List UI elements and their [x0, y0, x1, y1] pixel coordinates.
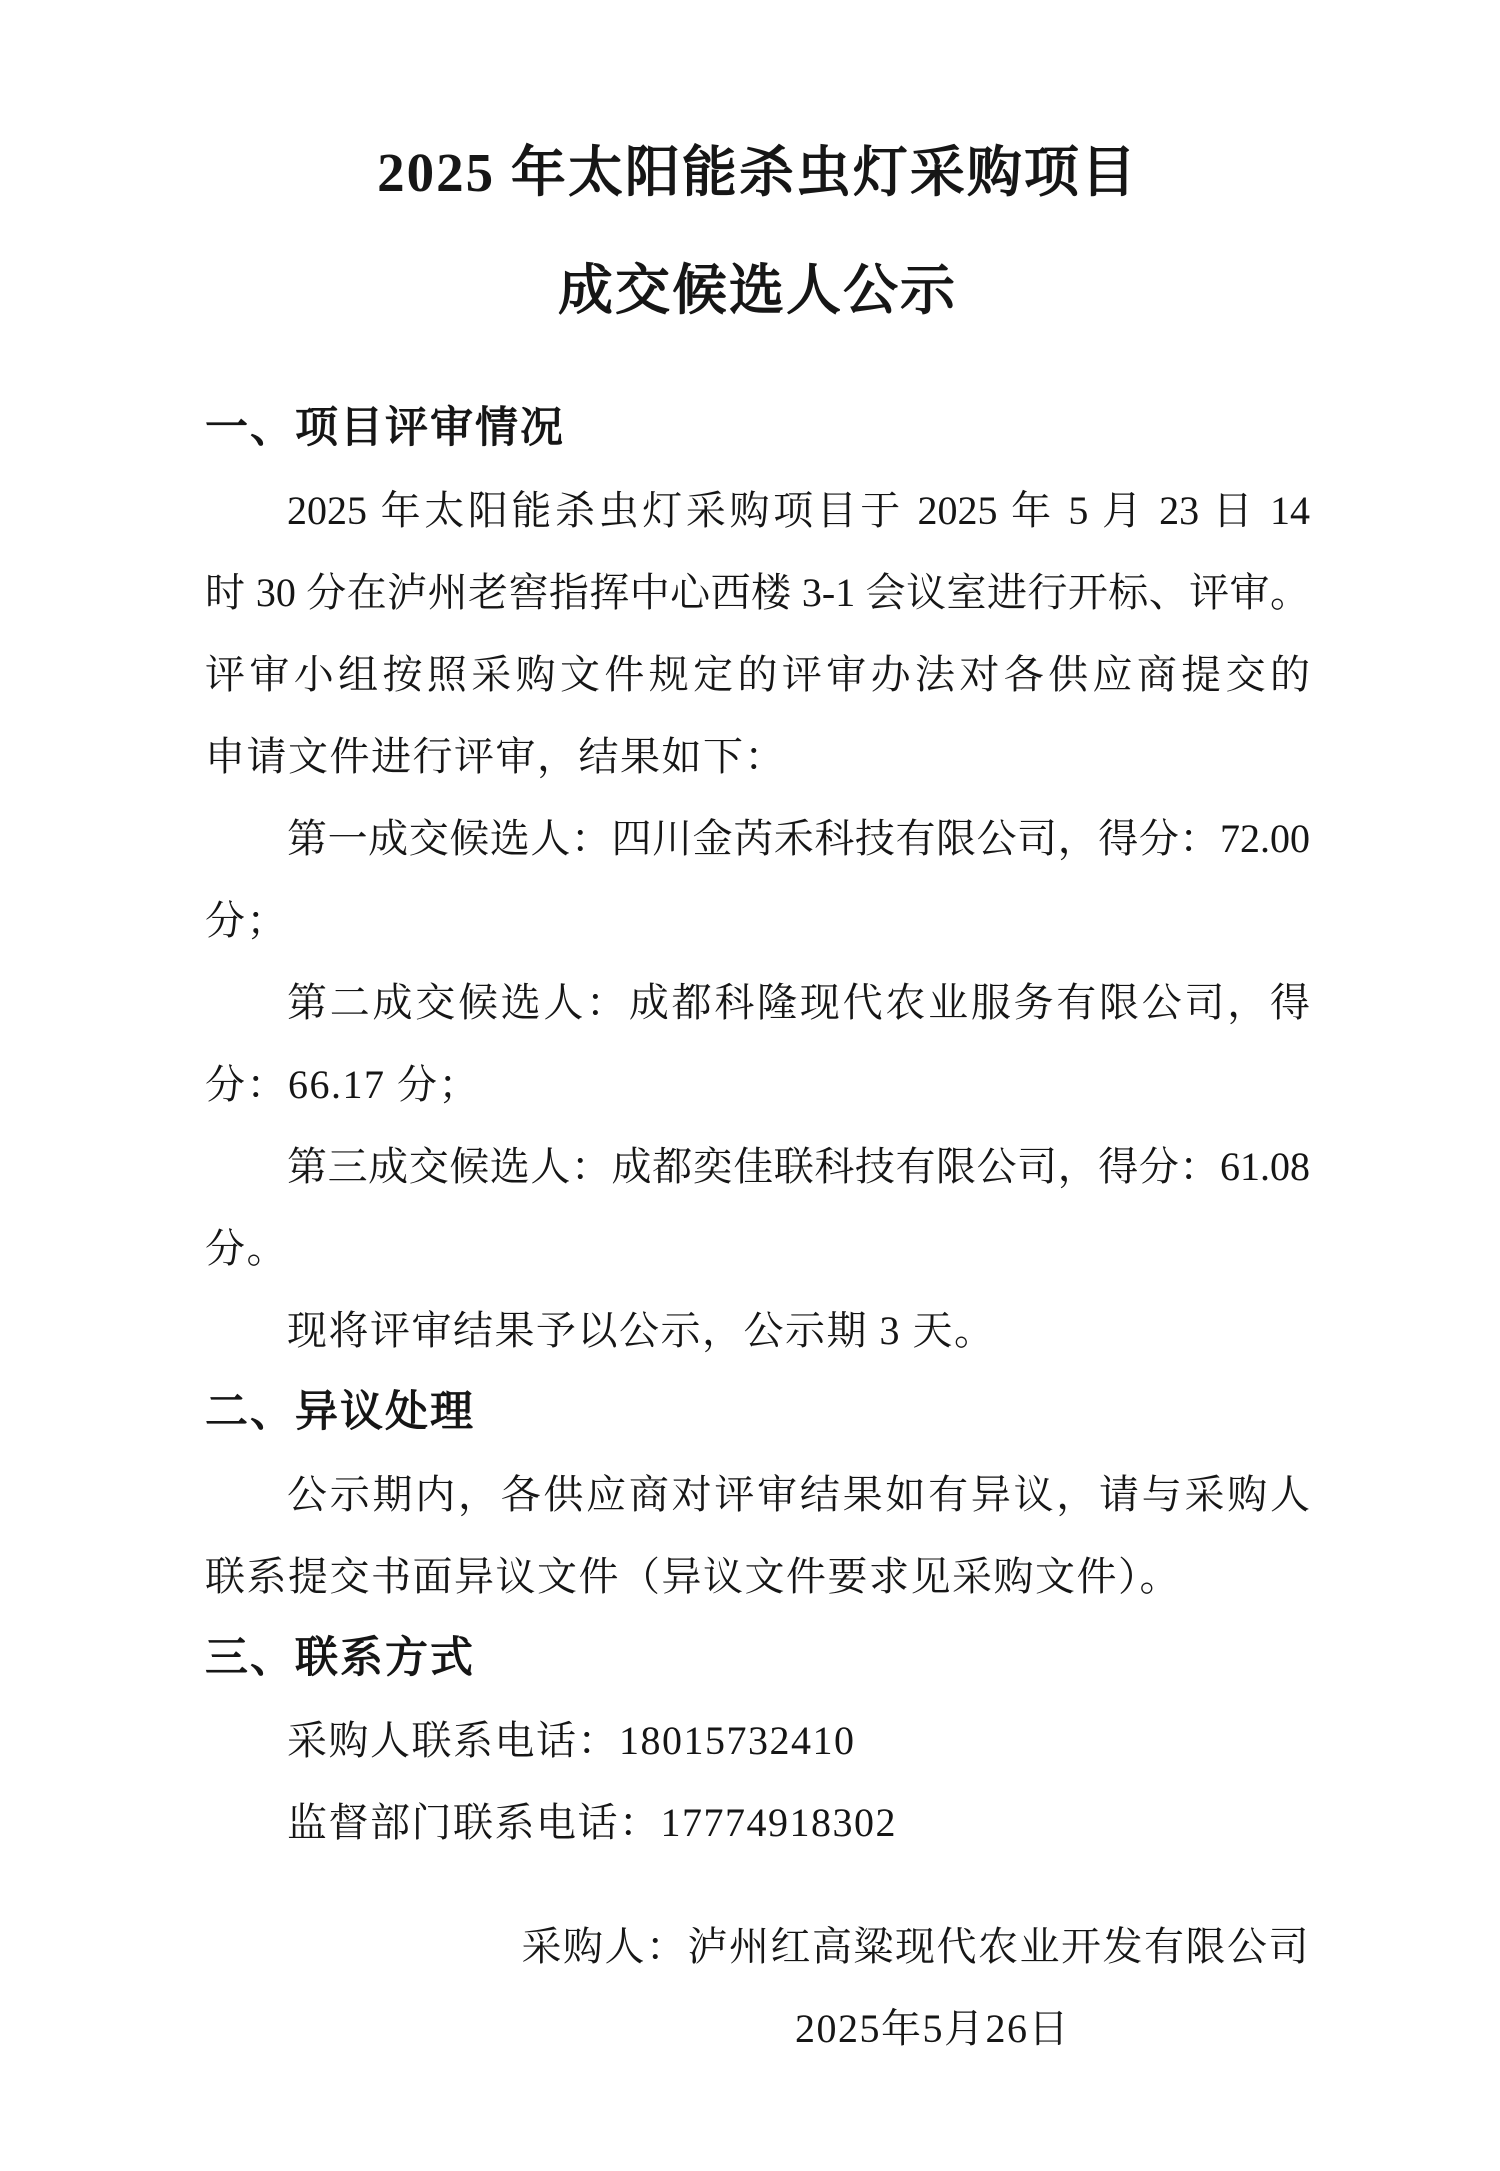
candidate-2-line-2: 分：66.17 分； [205, 1044, 1310, 1126]
section-1-heading: 一、项目评审情况 [205, 388, 1310, 470]
publicity-period-line: 现将评审结果予以公示，公示期 3 天。 [205, 1290, 1310, 1372]
review-paragraph-line-3: 评审小组按照采购文件规定的评审办法对各供应商提交的 [205, 634, 1310, 716]
section-2-heading: 二、异议处理 [205, 1372, 1310, 1454]
candidate-3-line-2: 分。 [205, 1208, 1310, 1290]
purchaser-phone-value: 18015732410 [619, 1718, 856, 1763]
candidate-2-line-1: 第二成交候选人：成都科隆现代农业服务有限公司，得 [205, 962, 1310, 1044]
section-3-heading: 三、联系方式 [205, 1618, 1310, 1700]
purchaser-phone-line: 采购人联系电话：18015732410 [205, 1700, 1310, 1782]
objection-paragraph-line-1: 公示期内，各供应商对评审结果如有异议，请与采购人 [205, 1454, 1310, 1536]
purchaser-phone-label: 采购人联系电话： [287, 1718, 619, 1763]
review-paragraph-line-2: 时 30 分在泸州老窖指挥中心西楼 3-1 会议室进行开标、评审。 [205, 552, 1310, 634]
review-paragraph-line-1: 2025 年太阳能杀虫灯采购项目于 2025 年 5 月 23 日 14 [205, 470, 1310, 552]
signature-date: 2025年5月26日 [205, 1988, 1310, 2070]
purchaser-signature-name: 泸州红高粱现代农业开发有限公司 [688, 1924, 1311, 1969]
review-paragraph-line-4: 申请文件进行评审，结果如下： [205, 716, 1310, 798]
purchaser-signature-line: 采购人：泸州红高粱现代农业开发有限公司 [205, 1906, 1310, 1988]
objection-paragraph-line-2: 联系提交书面异议文件（异议文件要求见采购文件）。 [205, 1536, 1310, 1618]
candidate-1-line-2: 分； [205, 880, 1310, 962]
purchaser-signature-label: 采购人： [522, 1924, 688, 1969]
signature-block: 采购人：泸州红高粱现代农业开发有限公司 2025年5月26日 [205, 1906, 1310, 2070]
doc-title-line-2: 成交候选人公示 [205, 260, 1310, 322]
candidate-3-line-1: 第三成交候选人：成都奕佳联科技有限公司，得分：61.08 [205, 1126, 1310, 1208]
supervision-phone-label: 监督部门联系电话： [287, 1800, 661, 1845]
doc-title-line-1: 2025 年太阳能杀虫灯采购项目 [205, 142, 1310, 204]
announcement-document-page: 2025 年太阳能杀虫灯采购项目 成交候选人公示 一、项目评审情况 2025 年… [0, 0, 1500, 2171]
candidate-1-line-1: 第一成交候选人：四川金芮禾科技有限公司，得分：72.00 [205, 798, 1310, 880]
supervision-phone-value: 17774918302 [661, 1800, 898, 1845]
document-body: 一、项目评审情况 2025 年太阳能杀虫灯采购项目于 2025 年 5 月 23… [205, 388, 1310, 2070]
supervision-phone-line: 监督部门联系电话：17774918302 [205, 1782, 1310, 1864]
